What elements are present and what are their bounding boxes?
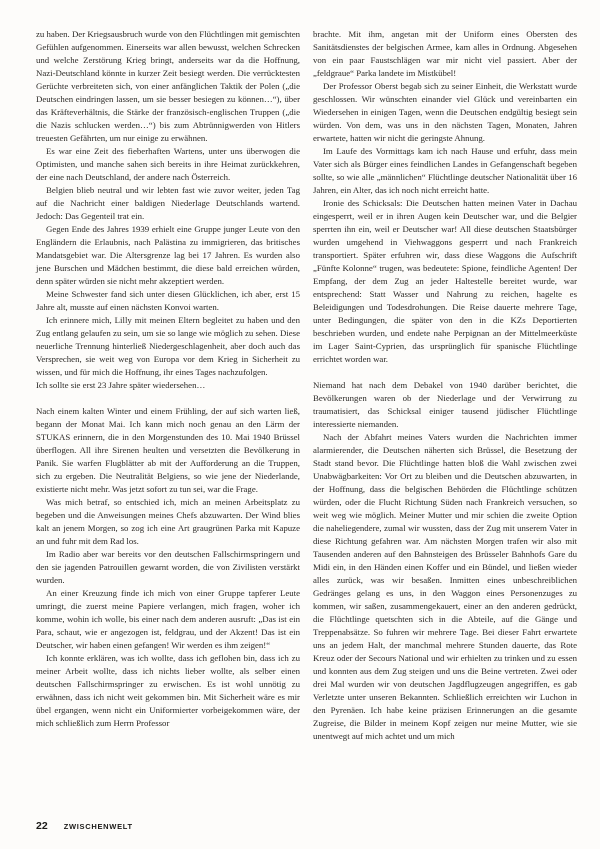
paragraph: An einer Kreuzung finde ich mich von ein… xyxy=(36,587,300,652)
paragraph: Nach der Abfahrt meines Vaters wurden di… xyxy=(313,431,577,743)
paragraph: Meine Schwester fand sich unter diesen G… xyxy=(36,288,300,314)
document-page: zu haben. Der Kriegsausbruch wurde von d… xyxy=(0,0,600,849)
journal-title: ZWISCHENWELT xyxy=(64,822,133,831)
paragraph: Niemand hat nach dem Debakel von 1940 da… xyxy=(313,379,577,431)
paragraph: Ich konnte erklären, was ich wollte, das… xyxy=(36,652,300,730)
paragraph: Belgien blieb neutral und wir lebten fas… xyxy=(36,184,300,223)
paragraph: Es war eine Zeit des fieberhaften Warten… xyxy=(36,145,300,184)
paragraph: Was mich betraf, so entschied ich, mich … xyxy=(36,496,300,548)
text-column-right: brachte. Mit ihm, angetan mit der Unifor… xyxy=(313,28,577,743)
text-column-left: zu haben. Der Kriegsausbruch wurde von d… xyxy=(36,28,300,743)
text-columns: zu haben. Der Kriegsausbruch wurde von d… xyxy=(36,28,577,743)
paragraph: Der Professor Oberst begab sich zu seine… xyxy=(313,80,577,145)
paragraph: Ironie des Schicksals: Die Deutschen hat… xyxy=(313,197,577,366)
paragraph: Nach einem kalten Winter und einem Frühl… xyxy=(36,405,300,496)
paragraph: Im Radio aber war bereits vor den deutsc… xyxy=(36,548,300,587)
paragraph: Gegen Ende des Jahres 1939 erhielt eine … xyxy=(36,223,300,288)
page-footer: 22 ZWISCHENWELT xyxy=(36,820,133,832)
paragraph: Im Laufe des Vormittags kam ich nach Hau… xyxy=(313,145,577,197)
paragraph: brachte. Mit ihm, angetan mit der Unifor… xyxy=(313,28,577,80)
paragraph: Ich sollte sie erst 23 Jahre später wied… xyxy=(36,379,300,392)
paragraph: zu haben. Der Kriegsausbruch wurde von d… xyxy=(36,28,300,145)
page-number: 22 xyxy=(36,820,48,832)
paragraph: Ich erinnere mich, Lilly mit meinen Elte… xyxy=(36,314,300,379)
